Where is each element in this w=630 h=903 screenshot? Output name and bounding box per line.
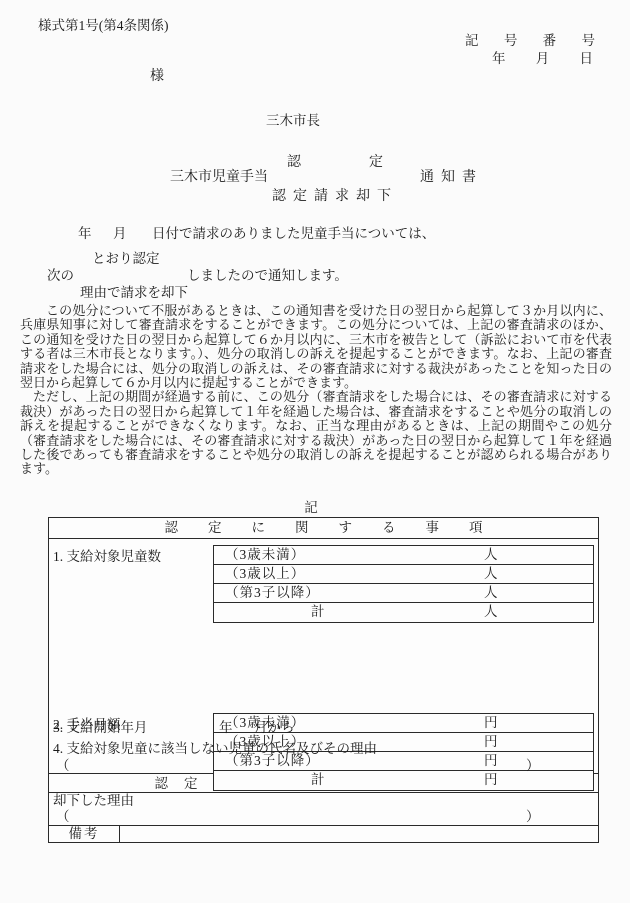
table-row: （3歳以上） 人 — [214, 565, 593, 584]
request-date-year-label: 年 — [78, 222, 92, 242]
item-excluded-children: 4. 支給対象児童に該当しない児童の氏名及びその理由 （ ） — [49, 741, 598, 774]
payment-start-from-label: 月から — [254, 716, 295, 736]
section-header-approval: 認定に関する事項 — [49, 518, 598, 539]
rejection-reason-blank: （ ） — [49, 809, 598, 825]
appeal-instructions: この処分について不服があるときは、この通知書を受けた日の翌日から起算して３か月以… — [20, 304, 612, 477]
doc-title-option-approval-char: 認 — [287, 151, 301, 171]
row-unit: 人 — [484, 603, 499, 621]
date-year-label: 年 — [492, 47, 506, 67]
doc-title-suffix: 通知書 — [420, 166, 483, 186]
request-date-month-label: 月 — [113, 222, 127, 242]
row-unit: 人 — [484, 565, 499, 583]
row-label: （3歳未満） — [214, 547, 305, 562]
row-label: （3歳以上） — [214, 566, 305, 581]
row-label: （第3子以降） — [214, 585, 320, 600]
addressee-suffix: 様 — [150, 65, 164, 85]
doc-title-option-approval: 認 定 — [287, 151, 383, 171]
notify-option-rejected: 理由で請求を却下 — [80, 281, 188, 301]
children-count-subtable: （3歳未満） 人 （3歳以上） 人 （第3子以降） 人 計 人 — [213, 545, 594, 623]
appeal-paragraph-1: この処分について不服があるときは、この通知書を受けた日の翌日から起算して３か月以… — [20, 304, 612, 390]
remarks-value — [120, 826, 598, 842]
ref-char: 記 — [465, 29, 479, 49]
ref-char: 号 — [504, 29, 518, 49]
row-label: 計 — [214, 772, 326, 787]
date-month-label: 月 — [536, 47, 550, 67]
paren-open: （ — [56, 809, 70, 824]
reference-number-line: 記 号 番 号 — [465, 29, 595, 49]
table-row: （第3子以降） 人 — [214, 584, 593, 603]
table-row: （3歳未満） 人 — [214, 546, 593, 565]
rejection-reason-label: 却下した理由 — [49, 793, 598, 809]
doc-title-option-approval-char: 定 — [369, 151, 383, 171]
row-unit: 人 — [484, 546, 499, 564]
item-excluded-children-label: 4. 支給対象児童に該当しない児童の氏名及びその理由 — [49, 741, 598, 758]
item-children-count: 1. 支給対象児童数 （3歳未満） 人 （3歳以上） 人 （第3子以降） 人 — [49, 545, 598, 626]
ref-char: 号 — [581, 29, 595, 49]
row-unit: 人 — [484, 584, 499, 602]
rejection-reason-row: 却下した理由 （ ） — [49, 793, 598, 826]
date-line: 年 月 日 — [492, 47, 593, 67]
details-table: 認定に関する事項 1. 支給対象児童数 （3歳未満） 人 （3歳以上） 人 （第… — [48, 517, 599, 843]
remarks-label: 備考 — [49, 826, 120, 842]
request-line-text: 日付で請求のありました児童手当については、 — [152, 222, 435, 242]
appeal-paragraph-2: ただし、上記の期間が経過する前に、この処分（審査請求をした場合には、その審査請求… — [20, 390, 612, 476]
notify-option-approved: とおり認定 — [92, 247, 160, 267]
notify-prefix: 次の — [47, 264, 74, 284]
item-children-count-label: 1. 支給対象児童数 — [53, 545, 161, 565]
paren-open: （ — [56, 758, 70, 773]
payment-start-year-label: 年 — [219, 716, 233, 736]
table-row-total: 計 人 — [214, 603, 593, 622]
ref-char: 番 — [543, 29, 557, 49]
form-number: 様式第1号(第4条関係) — [38, 14, 169, 34]
sender-title: 三木市長 — [266, 109, 320, 129]
excluded-children-blank: （ ） — [49, 758, 598, 774]
paren-close: ） — [526, 758, 540, 773]
paren-close: ） — [526, 809, 540, 824]
item-payment-start: 3. 支給開始年月 年 月から — [49, 716, 598, 733]
doc-title-option-rejection: 認定請求却下 — [272, 185, 398, 205]
row-label: 計 — [214, 604, 326, 619]
date-day-label: 日 — [580, 47, 594, 67]
ki-marker: 記 — [0, 496, 622, 516]
approval-section-body: 1. 支給対象児童数 （3歳未満） 人 （3歳以上） 人 （第3子以降） 人 — [49, 539, 598, 773]
notice-form-page: 様式第1号(第4条関係) 記 号 番 号 年 月 日 様 三木市長 三木市児童手… — [0, 0, 630, 903]
item-payment-start-label: 3. 支給開始年月 — [53, 716, 148, 736]
notify-suffix: しましたので通知します。 — [187, 264, 348, 284]
remarks-row: 備考 — [49, 826, 598, 842]
doc-title-prefix: 三木市児童手当 — [170, 166, 268, 186]
